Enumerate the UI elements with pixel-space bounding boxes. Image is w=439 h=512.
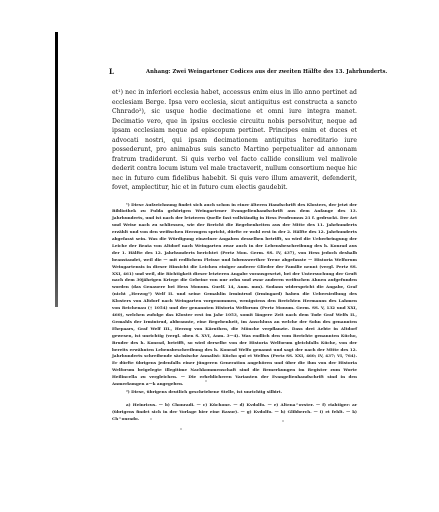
scan-speck [150, 418, 152, 420]
footnotes: ¹) Diese Aufzeichnung findet sich auch s… [112, 202, 357, 396]
binding-edge-line [55, 32, 58, 307]
document-page: L Anhang: Zwei Weingartener Codices aus … [112, 66, 436, 423]
scan-speck [180, 428, 182, 430]
running-head: Anhang: Zwei Weingartener Codices aus de… [146, 69, 387, 75]
variant-readings: a) Heinricus. — b) Chonradi. — c) Kūchon… [112, 402, 357, 423]
footnote-2: ²) Diese, übrigens deutlich geschriebene… [112, 389, 357, 396]
main-text: et¹) nec in inferiori ecclesia habet, ac… [112, 88, 357, 193]
scan-speck [282, 420, 284, 422]
scan-speck [205, 380, 207, 382]
page-number: L [109, 67, 114, 76]
footnote-1: ¹) Diese Aufzeichnung findet sich auch s… [112, 202, 357, 388]
page-header: L Anhang: Zwei Weingartener Codices aus … [112, 66, 436, 80]
